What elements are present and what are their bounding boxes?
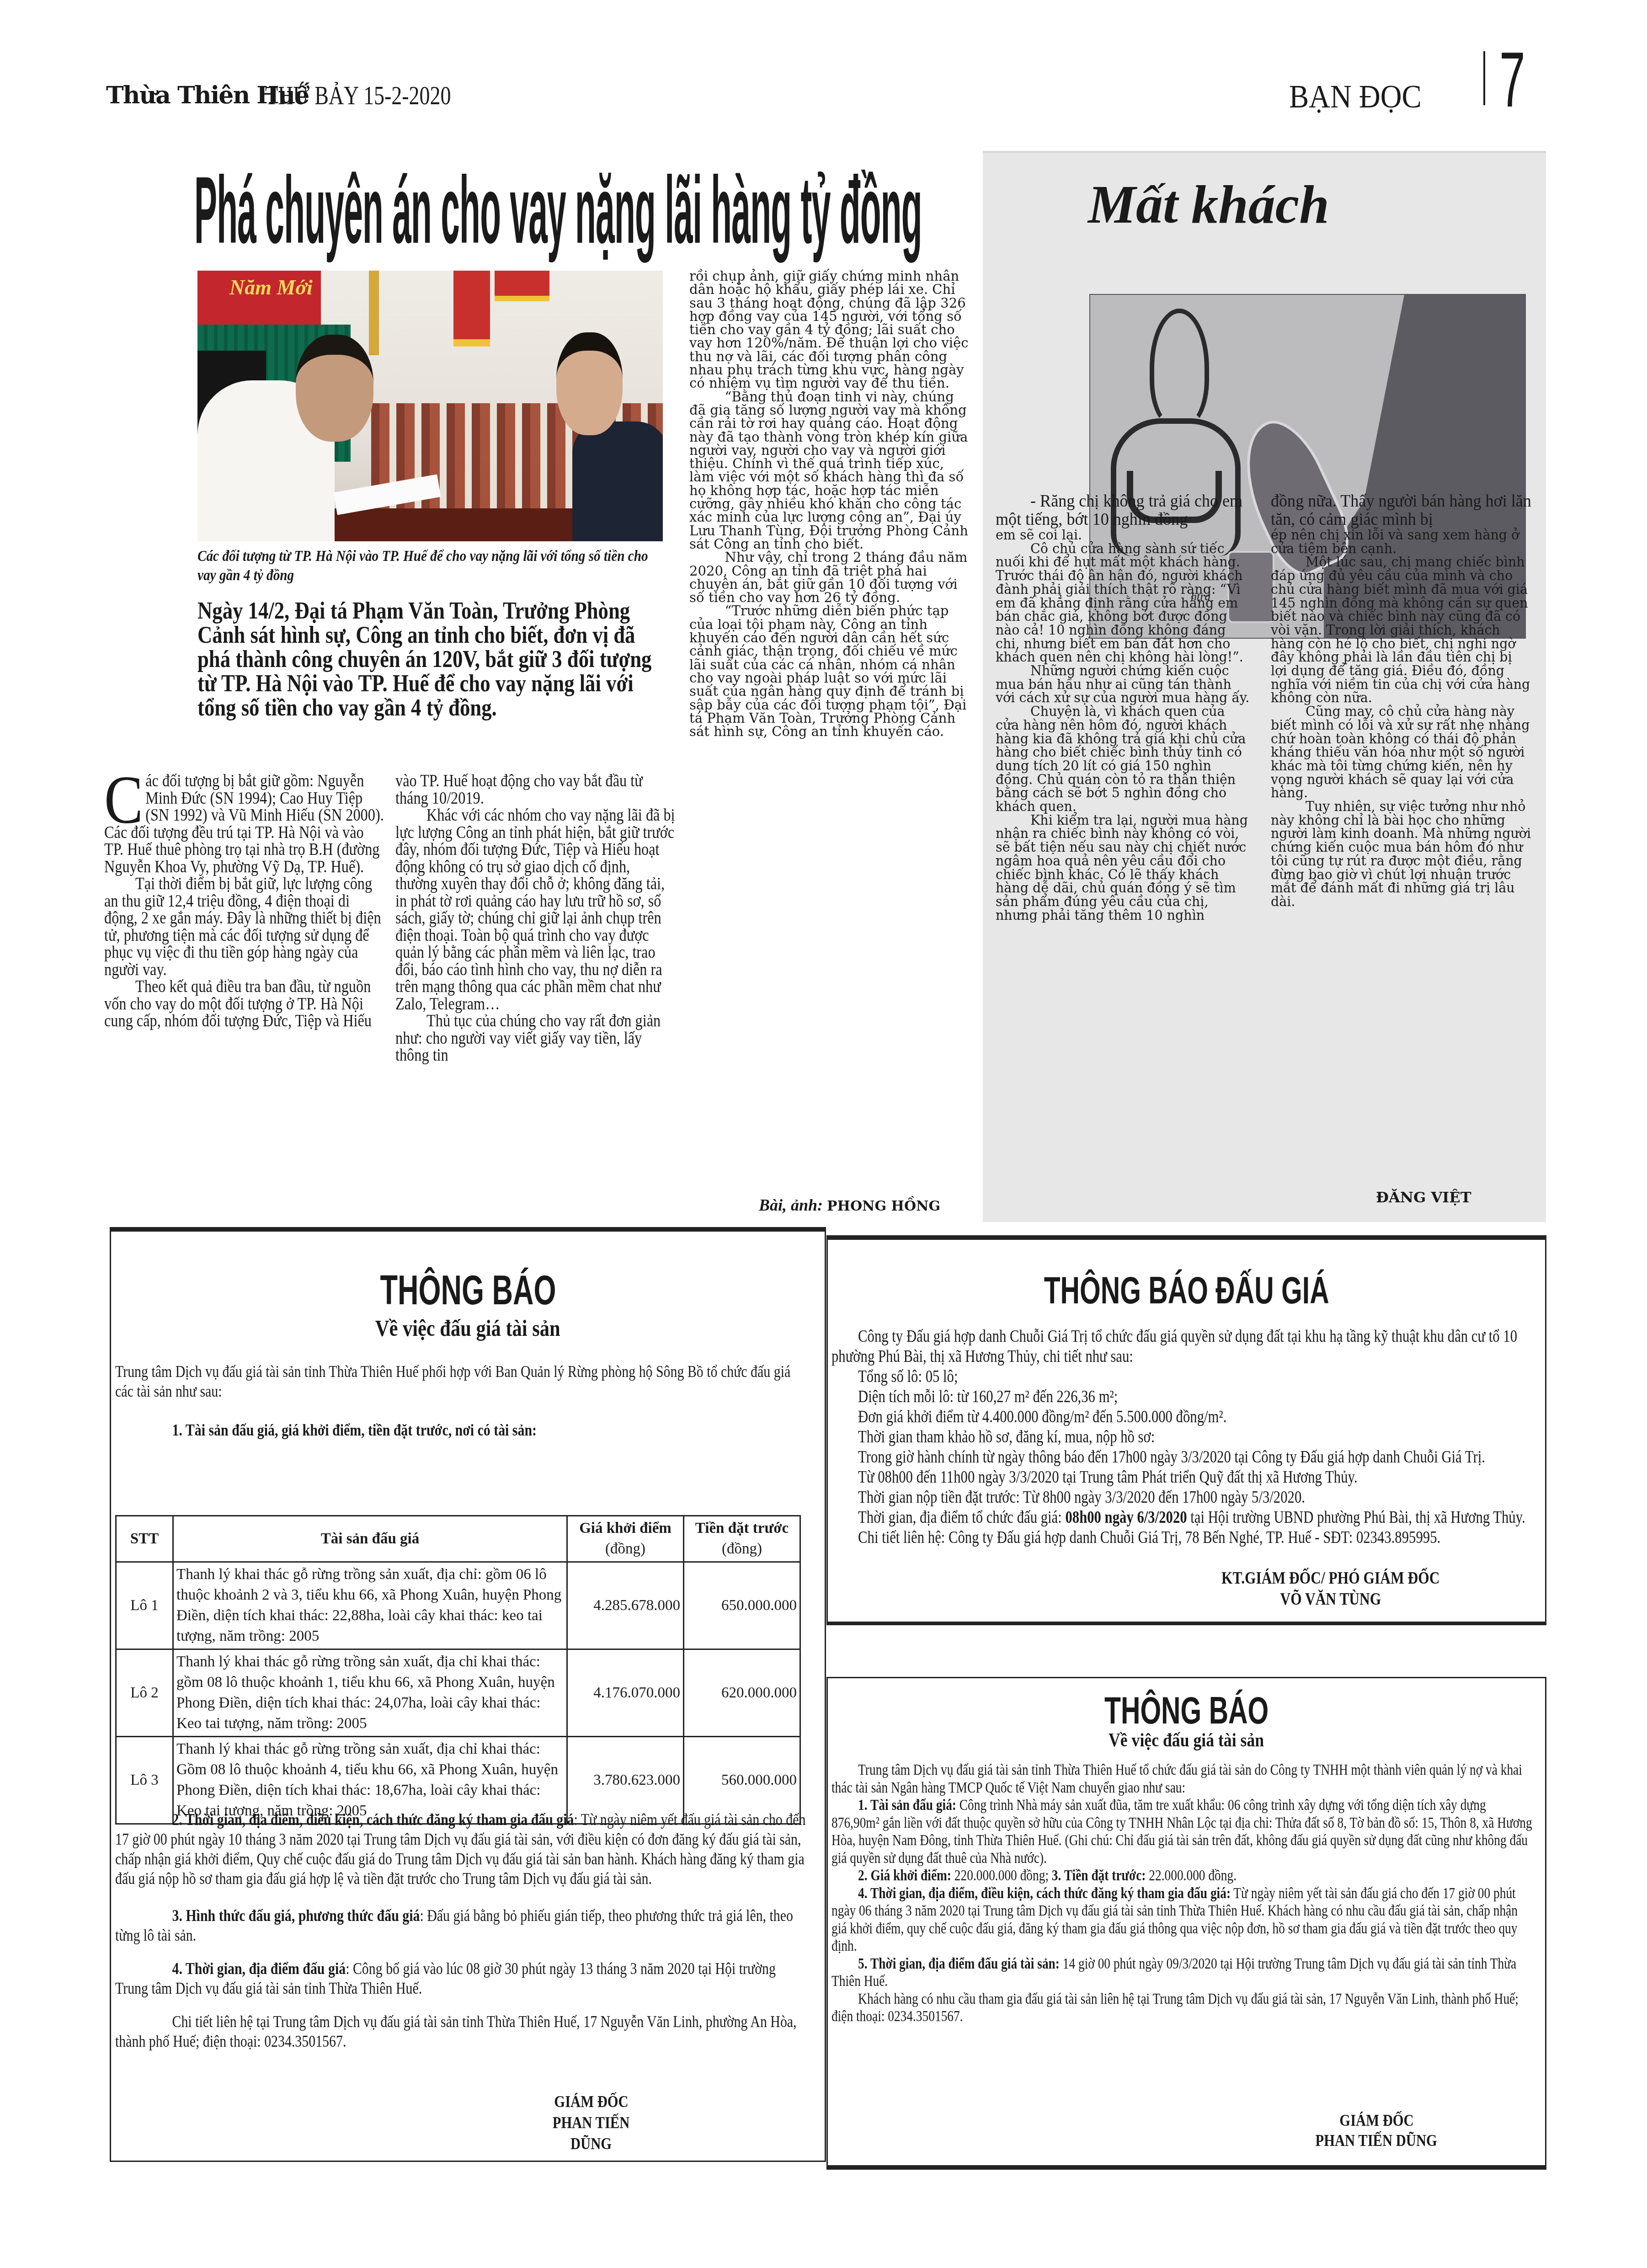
new-year-banner: Năm Mới [197,271,321,325]
signer-name: PHAN TIẾN DŨNG [1316,2130,1437,2151]
signer-name: PHAN TIẾN DŨNG [533,2112,650,2154]
notice-intro: Trung tâm Dịch vụ đấu giá tài sản tỉnh T… [831,1761,1534,1797]
signer-name: VÕ VĂN TÙNG [1280,1589,1381,1610]
section-name: BẠN ĐỌC [1289,78,1422,116]
contact-info: Khách hàng có nhu cầu tham gia đấu giá t… [831,1991,1534,2026]
officer-head [296,335,373,442]
notice-body: Trung tâm Dịch vụ đấu giá tài sản tỉnh T… [831,1761,1534,2026]
paragraph: Khi kiểm tra lại, người mua hàng nhận ra… [996,814,1252,923]
lot-number: Lô 1 [116,1562,173,1649]
table-row: Lô 1 Thanh lý khai thác gỗ rừng trồng sả… [116,1562,800,1649]
notice-land-auction: THÔNG BÁO ĐẤU GIÁ Công ty Đấu giá hợp da… [826,1235,1546,1625]
sidebar-story-title: Mất khách [1088,174,1329,236]
paragraph: - Răng chị không trả giá cho em một tiến… [996,492,1252,528]
photo-caption: Các đối tượng từ TP. Hà Nội vào TP. Huế … [197,547,669,585]
start-price: 4.176.070.000 [567,1649,684,1737]
column-header: STT [116,1516,173,1562]
signature-block: GIÁM ĐỐC PHAN TIẾN DŨNG [1285,2110,1468,2151]
paragraph: em sẽ coi lại. [996,528,1252,542]
byline-prefix: Bài, ảnh: [759,1196,827,1214]
drop-cap: C [104,773,143,827]
notice-title: THÔNG BÁO [828,1688,1545,1733]
sidebar-column-2: đồng nữa. Thấy người bán hàng hơi lăn tă… [1271,492,1531,909]
asset-description: Thanh lý khai thác gỗ rừng trồng sản xuấ… [173,1562,567,1649]
article-photo: Năm Mới [197,271,663,541]
paragraph: Chuyện là, vì khách quen của cửa hàng nê… [996,705,1252,814]
red-flag [453,271,490,347]
paragraph: vào TP. Huế hoạt động cho vay bắt đầu từ… [395,773,675,807]
notice-intro: Trung tâm Dịch vụ đấu giá tài sản tỉnh T… [115,1362,810,1440]
paragraph: Cô chủ cửa hàng sành sứ tiếc nuối khi để… [996,542,1252,664]
shopkeeper-head [1150,309,1209,427]
article-column-3: rồi chụp ảnh, giữ giấy chứng minh nhân d… [689,270,971,738]
item-4: 4. Thời gian, địa điểm, điều kiện, cách … [831,1885,1534,1955]
paragraph: Cũng may, cô chủ cửa hàng này biết mình … [1271,705,1531,800]
column-header: Tài sản đấu giá [173,1516,567,1562]
suspect-head [556,332,623,435]
section-heading: 1. Tài sản đấu giá, giá khởi điểm, tiền … [115,1420,810,1440]
contact-info: Chi tiết liên hệ tại Trung tâm Dịch vụ đ… [115,2012,810,2051]
notice-subtitle: Về việc đấu giá tài sản [111,1315,825,1341]
notice-sections: 2. Thời gian, địa điểm, điều kiện, cách … [115,1810,810,2051]
asset-description: Thanh lý khai thác gỗ rừng trồng sản xuấ… [173,1649,567,1737]
column-header: Tiền đặt trước(đồng) [684,1516,800,1562]
pennant [369,271,379,355]
table-row: Lô 2 Thanh lý khai thác gỗ rừng trồng sả… [116,1649,800,1737]
notice-title: THÔNG BÁO ĐẤU GIÁ [828,1268,1545,1313]
start-price: 4.285.678.000 [567,1562,684,1649]
paragraph: Các đối tượng bị bắt giữ gồm: Nguyễn Min… [104,773,384,875]
paragraph: Những người chứng kiến cuộc mua bán hầu … [996,664,1252,705]
signature-block: KT.GIÁM ĐỐC/ PHÓ GIÁM ĐỐC VÕ VĂN TÙNG [1166,1568,1495,1610]
lot-number: Lô 2 [116,1649,173,1737]
auction-time: Thời gian, địa điểm tổ chức đấu giá: 08h… [831,1508,1534,1528]
byline-author: PHONG HỒNG [827,1198,940,1214]
paragraph: Một lúc sau, chị mang chiếc bình đáp ứng… [1271,555,1531,705]
item-5: 5. Thời gian, địa điểm đấu giá tài sản: … [831,1955,1534,1991]
paragraph: ép nên chị xin lỗi và sang xem hàng ở cử… [1271,528,1531,555]
item-1: 1. Tài sản đấu giá: Công trình Nhà máy s… [831,1797,1534,1867]
paragraph: “Bằng thủ đoạn tinh vi này, chúng đã gia… [689,390,971,551]
paragraph: Khác với các nhóm cho vay nặng lãi đã bị… [395,807,675,1013]
section-3: 3. Hình thức đấu giá, phương thức đấu gi… [115,1906,810,1945]
section-4: 4. Thời gian, địa điểm đấu giá: Công bố … [115,1959,810,1998]
banner-text: Năm Mới [229,275,313,299]
article-byline: Bài, ảnh: PHONG HỒNG [759,1195,940,1215]
article-column-2: vào TP. Huế hoạt động cho vay bắt đầu từ… [395,773,675,1064]
paragraph: rồi chụp ảnh, giữ giấy chứng minh nhân d… [689,270,971,390]
signer-title: GIÁM ĐỐC [1339,2110,1413,2130]
notice-title: THÔNG BÁO [111,1267,825,1314]
paragraph: “Trước những diễn biến phức tạp của loại… [689,604,971,738]
notice-factory-auction: THÔNG BÁO Về việc đấu giá tài sản Trung … [826,1677,1546,2170]
paragraph: Tuy nhiên, sự việc tưởng như nhỏ này khô… [1271,800,1531,909]
sidebar-column-1: - Răng chị không trả giá cho em một tiến… [996,492,1252,922]
column-header: Giá khởi điểm(đồng) [567,1516,684,1562]
deposit: 650.000.000 [684,1562,800,1649]
paragraph: Như vậy, chỉ trong 2 tháng đầu năm 2020,… [689,551,971,604]
signature-block: GIÁM ĐỐC PHAN TIẾN DŨNG [522,2091,660,2154]
notice-forest-auction: THÔNG BÁO Về việc đấu giá tài sản Trung … [110,1227,826,2162]
page-number: 7 [1499,41,1525,119]
issue-date: THỨ BẢY 15-2-2020 [265,81,451,111]
suspect-figure [572,422,663,541]
notice-body: Công ty Đấu giá hợp danh Chuỗi Giá Trị t… [831,1327,1534,1548]
article-lead: Ngày 14/2, Đại tá Phạm Văn Toàn, Trưởng … [197,599,661,720]
contact-info: Chi tiết liên hệ: Công ty Đấu giá hợp da… [831,1528,1534,1548]
notice-subtitle: Về việc đấu giá tài sản [828,1729,1545,1751]
table-header-row: STT Tài sản đấu giá Giá khởi điểm(đồng) … [116,1516,800,1562]
paragraph: Tại thời điểm bị bắt giữ, lực lượng công… [104,875,384,978]
header-divider [1483,51,1485,105]
deposit: 620.000.000 [684,1649,800,1737]
paragraph: Thủ tục của chúng cho vay rất đơn giản n… [395,1013,675,1064]
sidebar-author: ĐĂNG VIỆT [1376,1189,1471,1206]
signer-title: KT.GIÁM ĐỐC/ PHÓ GIÁM ĐỐC [1221,1568,1439,1589]
signer-title: GIÁM ĐỐC [554,2091,628,2112]
paragraph: Theo kết quả điều tra ban đầu, từ nguồn … [104,978,384,1030]
red-flag [495,271,549,301]
article-headline: Phá chuyên án cho vay nặng lãi hàng tỷ đ… [194,158,476,263]
section-2: 2. Thời gian, địa điểm, điều kiện, cách … [115,1810,810,1889]
paragraph: đồng nữa. Thấy người bán hàng hơi lăn tă… [1271,492,1531,528]
item-2-3: 2. Giá khởi điểm: 220.000.000 đồng; 3. T… [831,1867,1534,1885]
article-column-1: Các đối tượng bị bắt giữ gồm: Nguyễn Min… [104,773,384,1030]
assets-table: STT Tài sản đấu giá Giá khởi điểm(đồng) … [115,1515,801,1825]
